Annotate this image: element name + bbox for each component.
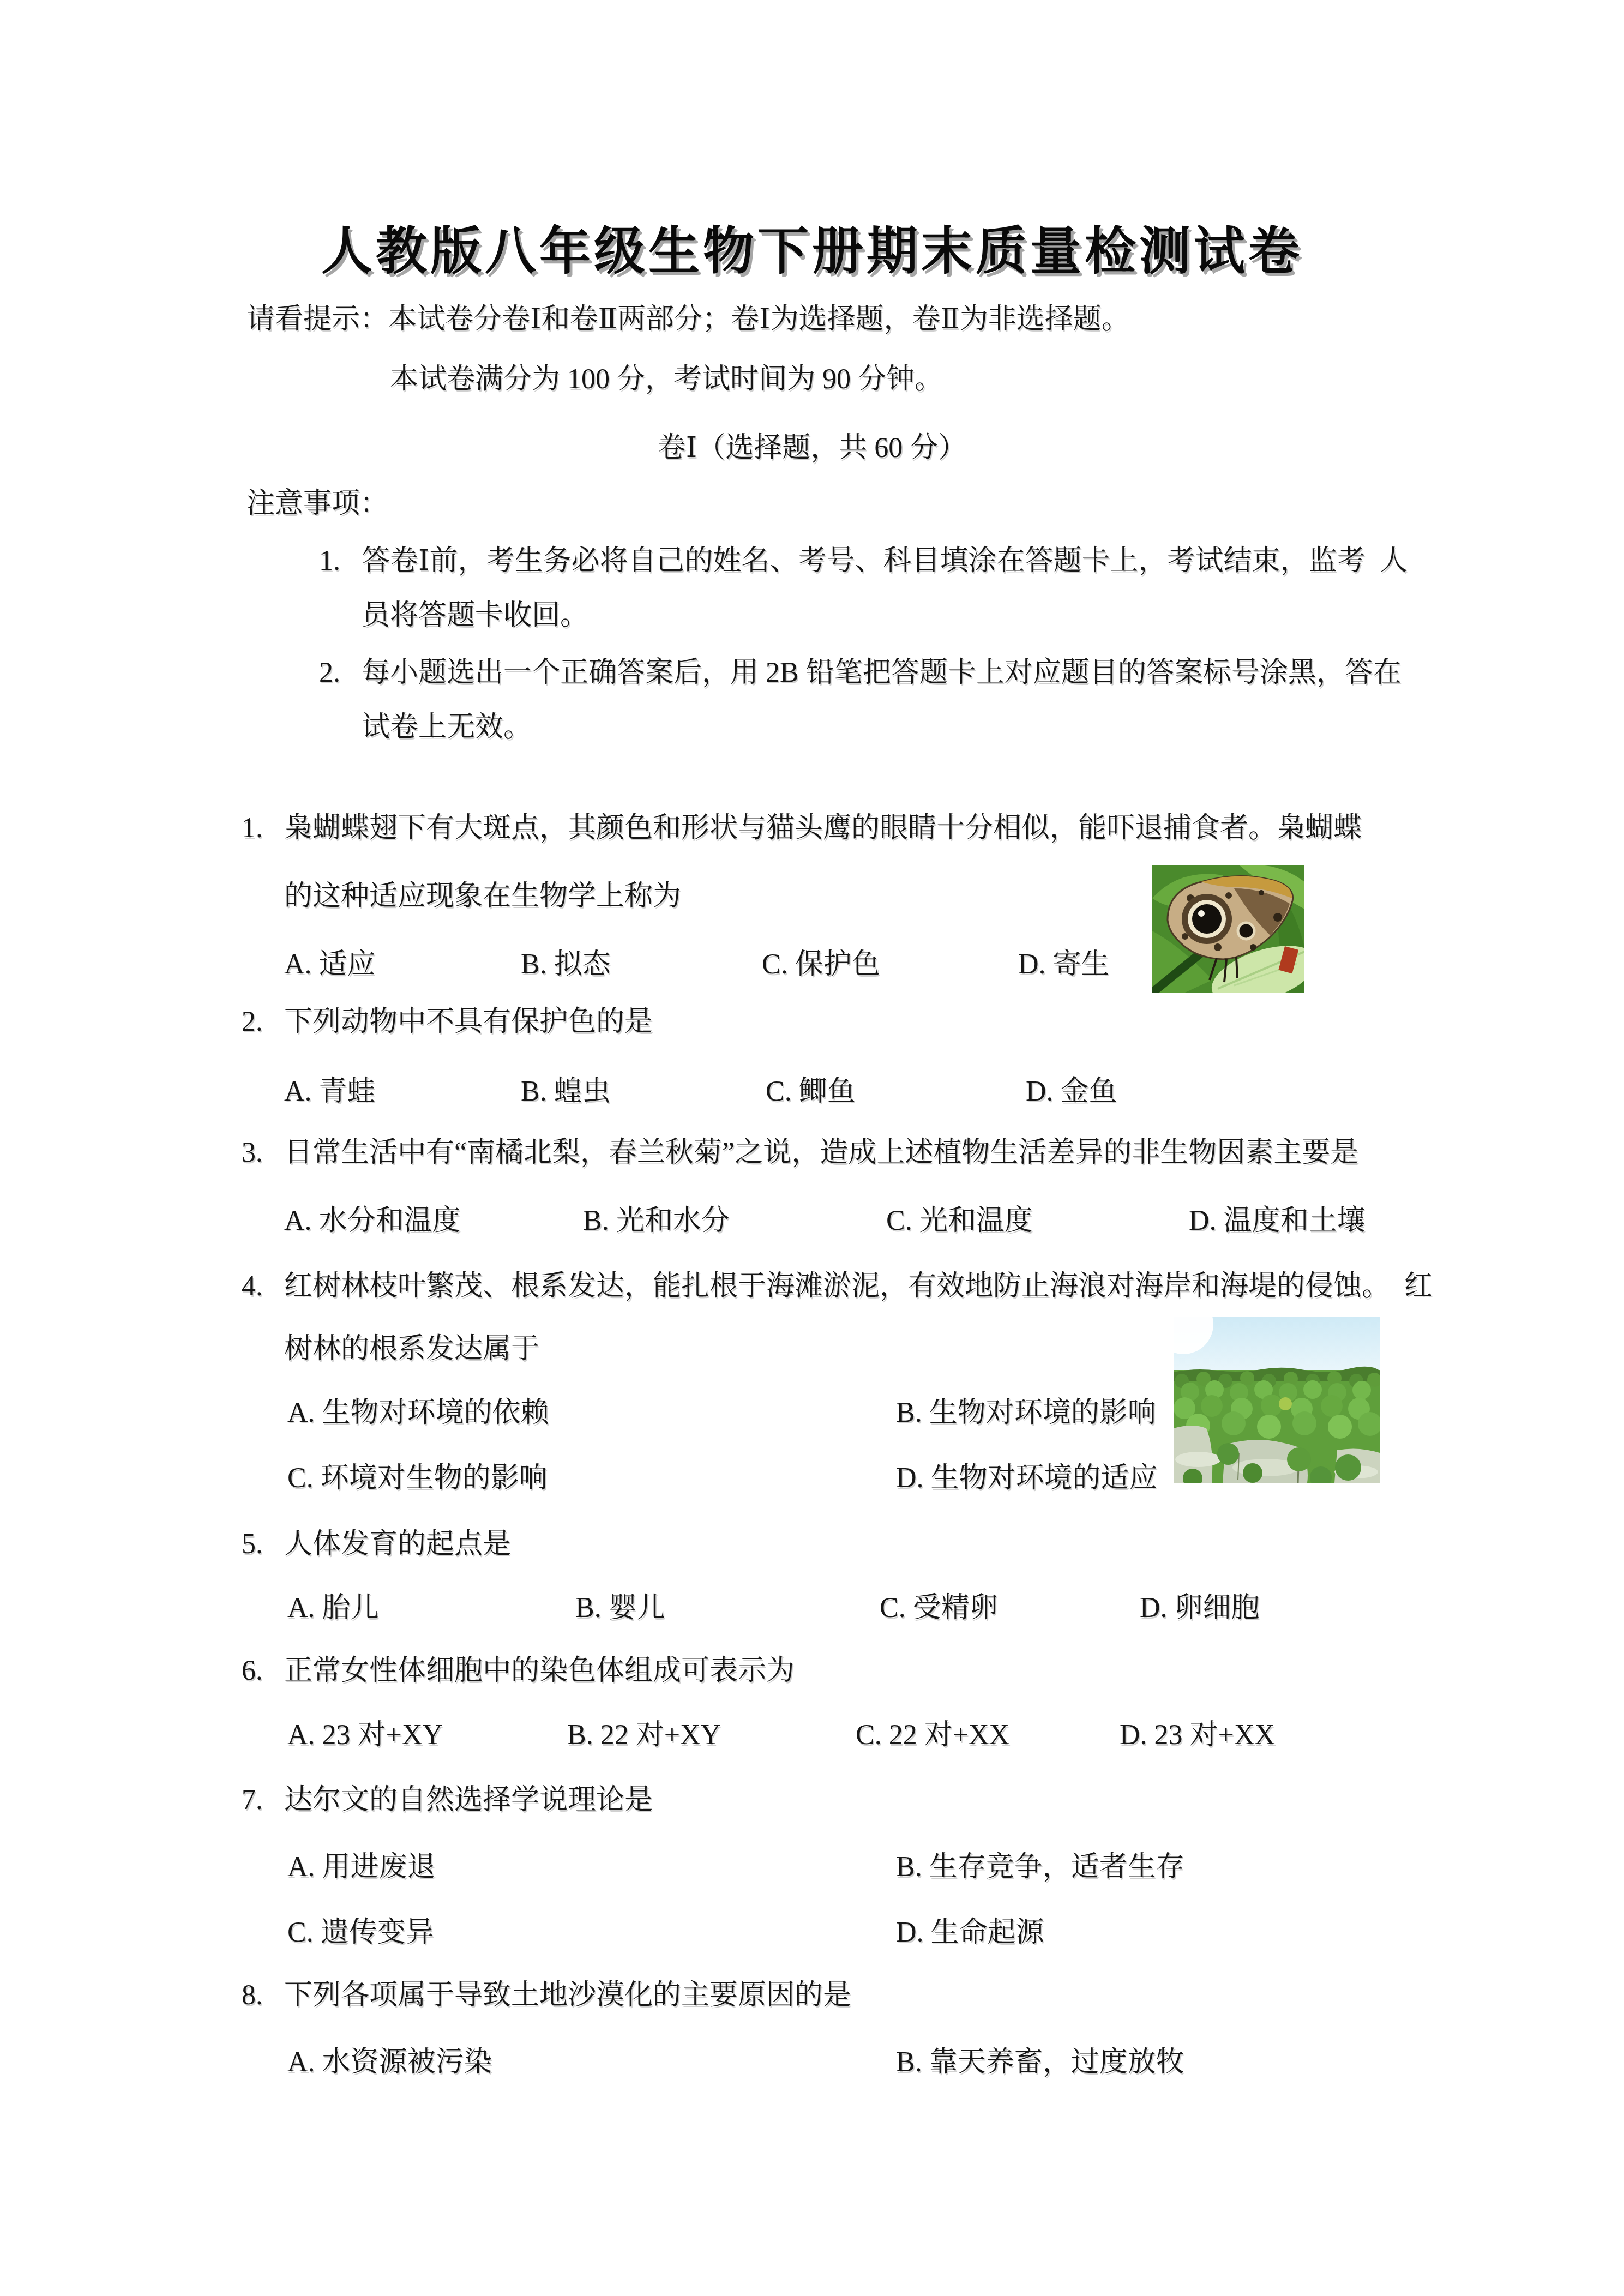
note-2-number: 2.	[319, 657, 340, 688]
question-5-option-b: B. 婴儿	[575, 1592, 665, 1624]
question-4-option-d: D. 生物对环境的适应	[896, 1463, 1158, 1494]
question-5-option-a: A. 胎儿	[287, 1592, 379, 1624]
question-4-stem-line-1: 红树林枝叶繁茂、根系发达，能扎根于海滩淤泥，有效地防止海浪对海岸和海堤的侵蚀。 …	[284, 1271, 1433, 1302]
question-5-number: 5.	[242, 1529, 263, 1560]
question-1-option-a: A. 适应	[284, 949, 376, 980]
question-1-option-b: B. 拟态	[521, 949, 611, 980]
question-6-option-d: D. 23 对+XX	[1120, 1720, 1275, 1751]
question-2-option-b: B. 蝗虫	[521, 1076, 611, 1107]
question-5-option-d: D. 卵细胞	[1140, 1592, 1260, 1624]
exam-title: 人教版八年级生物下册期末质量检测试卷	[0, 210, 1624, 284]
question-1-option-d: D. 寄生	[1018, 949, 1110, 980]
question-4-option-a: A. 生物对环境的依赖	[287, 1397, 549, 1428]
question-4-number: 4.	[242, 1271, 263, 1302]
question-1-stem-line-2: 的这种适应现象在生物学上称为	[284, 881, 681, 912]
question-4-option-b: B. 生物对环境的影响	[896, 1397, 1156, 1428]
question-8-number: 8.	[242, 1980, 263, 2011]
question-6-number: 6.	[242, 1655, 263, 1686]
hint-line: 请看提示：本试卷分卷Ⅰ和卷Ⅱ两部分；卷Ⅰ为选择题，卷Ⅱ为非选择题。	[246, 304, 1130, 335]
question-7-option-b: B. 生存竞争，适者生存	[896, 1852, 1184, 1883]
question-5-stem-line-1: 人体发育的起点是	[284, 1529, 511, 1560]
question-6-stem-line-1: 正常女性体细胞中的染色体组成可表示为	[284, 1655, 795, 1686]
question-2-option-d: D. 金鱼	[1026, 1076, 1117, 1107]
note-2-line-1: 每小题选出一个正确答案后，用 2B 铅笔把答题卡上对应题目的答案标号涂黑，答在	[362, 657, 1402, 688]
question-3-number: 3.	[242, 1137, 263, 1168]
question-3-option-a: A. 水分和温度	[284, 1205, 461, 1236]
question-4-option-c: C. 环境对生物的影响	[287, 1463, 548, 1494]
notes-title: 注意事项：	[246, 488, 388, 519]
note-1-line-2: 员将答题卡收回。	[362, 600, 588, 631]
question-7-option-c: C. 遗传变异	[287, 1917, 434, 1948]
question-8-option-a: A. 水资源被污染	[287, 2047, 492, 2078]
question-1-option-c: C. 保护色	[762, 949, 880, 980]
mangrove-forest-illustration	[1174, 1317, 1380, 1483]
question-6-option-c: C. 22 对+XX	[856, 1720, 1009, 1751]
question-7-option-d: D. 生命起源	[896, 1917, 1044, 1948]
question-1-number: 1.	[242, 813, 263, 844]
question-2-stem-line-1: 下列动物中不具有保护色的是	[284, 1006, 653, 1037]
question-5-option-c: C. 受精卵	[880, 1592, 998, 1624]
question-2-number: 2.	[242, 1006, 263, 1037]
exam-paper-page: 人教版八年级生物下册期末质量检测试卷 请看提示：本试卷分卷Ⅰ和卷Ⅱ两部分；卷Ⅰ为…	[0, 0, 1624, 2296]
question-6-option-b: B. 22 对+XY	[567, 1720, 721, 1751]
owl-butterfly-illustration	[1152, 865, 1304, 993]
question-3-option-d: D. 温度和土壤	[1189, 1205, 1366, 1236]
question-7-number: 7.	[242, 1784, 263, 1816]
question-7-option-a: A. 用进废退	[287, 1852, 436, 1883]
question-3-option-b: B. 光和水分	[583, 1205, 730, 1236]
note-2-line-2: 试卷上无效。	[362, 712, 532, 743]
note-1-number: 1.	[319, 545, 340, 576]
note-1-line-1: 答卷Ⅰ前，考生务必将自己的姓名、考号、科目填涂在答题卡上，考试结束，监考 人	[362, 545, 1408, 576]
question-8-option-b: B. 靠天养畜，过度放牧	[896, 2047, 1184, 2078]
question-4-stem-line-2: 树林的根系发达属于	[284, 1333, 539, 1365]
question-3-stem-line-1: 日常生活中有“南橘北梨，春兰秋菊”之说，造成上述植物生活差异的非生物因素主要是	[284, 1137, 1358, 1168]
mangrove-forest-image	[1174, 1317, 1380, 1483]
question-7-stem-line-1: 达尔文的自然选择学说理论是	[284, 1784, 653, 1816]
question-1-stem-line-1: 枭蝴蝶翅下有大斑点，其颜色和形状与猫头鹰的眼睛十分相似，能吓退捕食者。枭蝴蝶	[284, 813, 1362, 844]
question-8-stem-line-1: 下列各项属于导致土地沙漠化的主要原因的是	[284, 1980, 851, 2011]
question-3-option-c: C. 光和温度	[886, 1205, 1033, 1236]
owl-butterfly-image	[1152, 865, 1304, 993]
score-line: 本试卷满分为 100 分，考试时间为 90 分钟。	[390, 364, 943, 395]
question-2-option-c: C. 鲫鱼	[766, 1076, 856, 1107]
question-2-option-a: A. 青蛙	[284, 1076, 376, 1107]
question-6-option-a: A. 23 对+XY	[287, 1720, 443, 1751]
section-heading: 卷Ⅰ（选择题，共 60 分）	[0, 432, 1624, 464]
